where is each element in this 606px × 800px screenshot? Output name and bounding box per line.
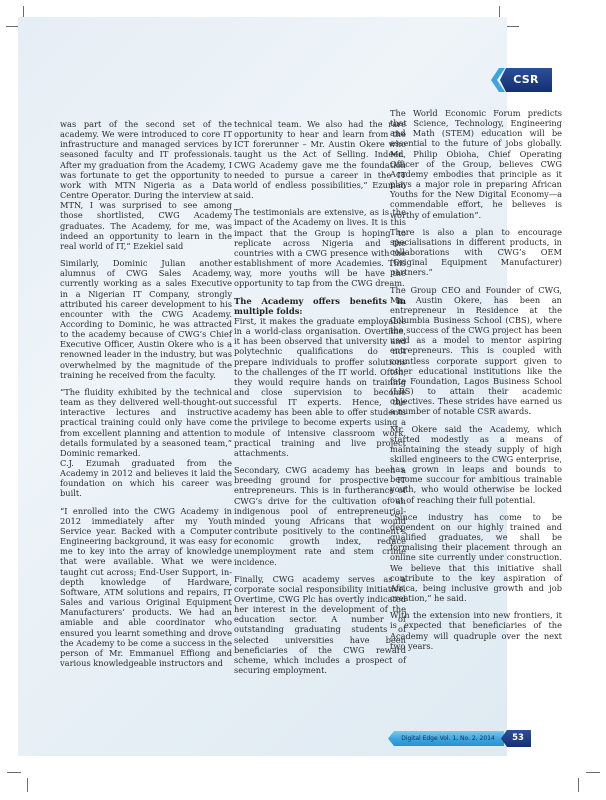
paragraph: Finally, CWG academy serves as a corpora… bbox=[234, 574, 406, 676]
paragraph: “I enrolled into the CWG Academy in 2012… bbox=[60, 506, 232, 669]
paragraph: Similarly, Dominic Julian another alumnu… bbox=[60, 258, 232, 380]
paragraph: The Group CEO and Founder of CWG, Mr. Au… bbox=[390, 285, 562, 417]
paragraph: There is also a plan to encourage specia… bbox=[390, 227, 562, 278]
crop-mark bbox=[7, 772, 21, 773]
crop-mark bbox=[27, 778, 28, 792]
article-column-left: was part of the second set of the academ… bbox=[60, 119, 232, 675]
crop-mark bbox=[505, 26, 519, 27]
section-tab: CSR bbox=[500, 68, 552, 92]
paragraph: “The fluidity exhibited by the technical… bbox=[60, 387, 232, 458]
paragraph: “Since industry has come to be dependent… bbox=[390, 512, 562, 603]
article-column-middle: technical team. We also had the rare opp… bbox=[234, 119, 406, 682]
paragraph: With the extension into new frontiers, i… bbox=[390, 610, 562, 651]
paragraph: Secondary, CWG academy has been a breedi… bbox=[234, 465, 406, 567]
paragraph: was part of the second set of the academ… bbox=[60, 119, 232, 251]
subheading: The Academy offers benefits in multiple … bbox=[234, 296, 406, 316]
page-number: 53 bbox=[501, 730, 531, 747]
crop-mark bbox=[586, 772, 600, 773]
publication-info: Digital Edge Vol. 1, No. 2, 2014 bbox=[388, 731, 504, 746]
paragraph: technical team. We also had the rare opp… bbox=[234, 119, 406, 200]
page-footer: Digital Edge Vol. 1, No. 2, 2014 53 bbox=[388, 730, 532, 747]
paragraph: First, it makes the graduate employable … bbox=[234, 316, 406, 458]
paragraph: Mr. Okere said the Academy, which starte… bbox=[390, 424, 562, 505]
paragraph: C.J. Ezumah graduated from the Academy i… bbox=[60, 458, 232, 499]
crop-mark bbox=[578, 778, 579, 792]
paragraph: The World Economic Forum predicts that S… bbox=[390, 108, 562, 220]
paragraph: The testimonials are extensive, as is th… bbox=[234, 207, 406, 288]
section-tab-label: CSR bbox=[500, 68, 552, 92]
article-column-right: The World Economic Forum predicts that S… bbox=[390, 108, 562, 658]
